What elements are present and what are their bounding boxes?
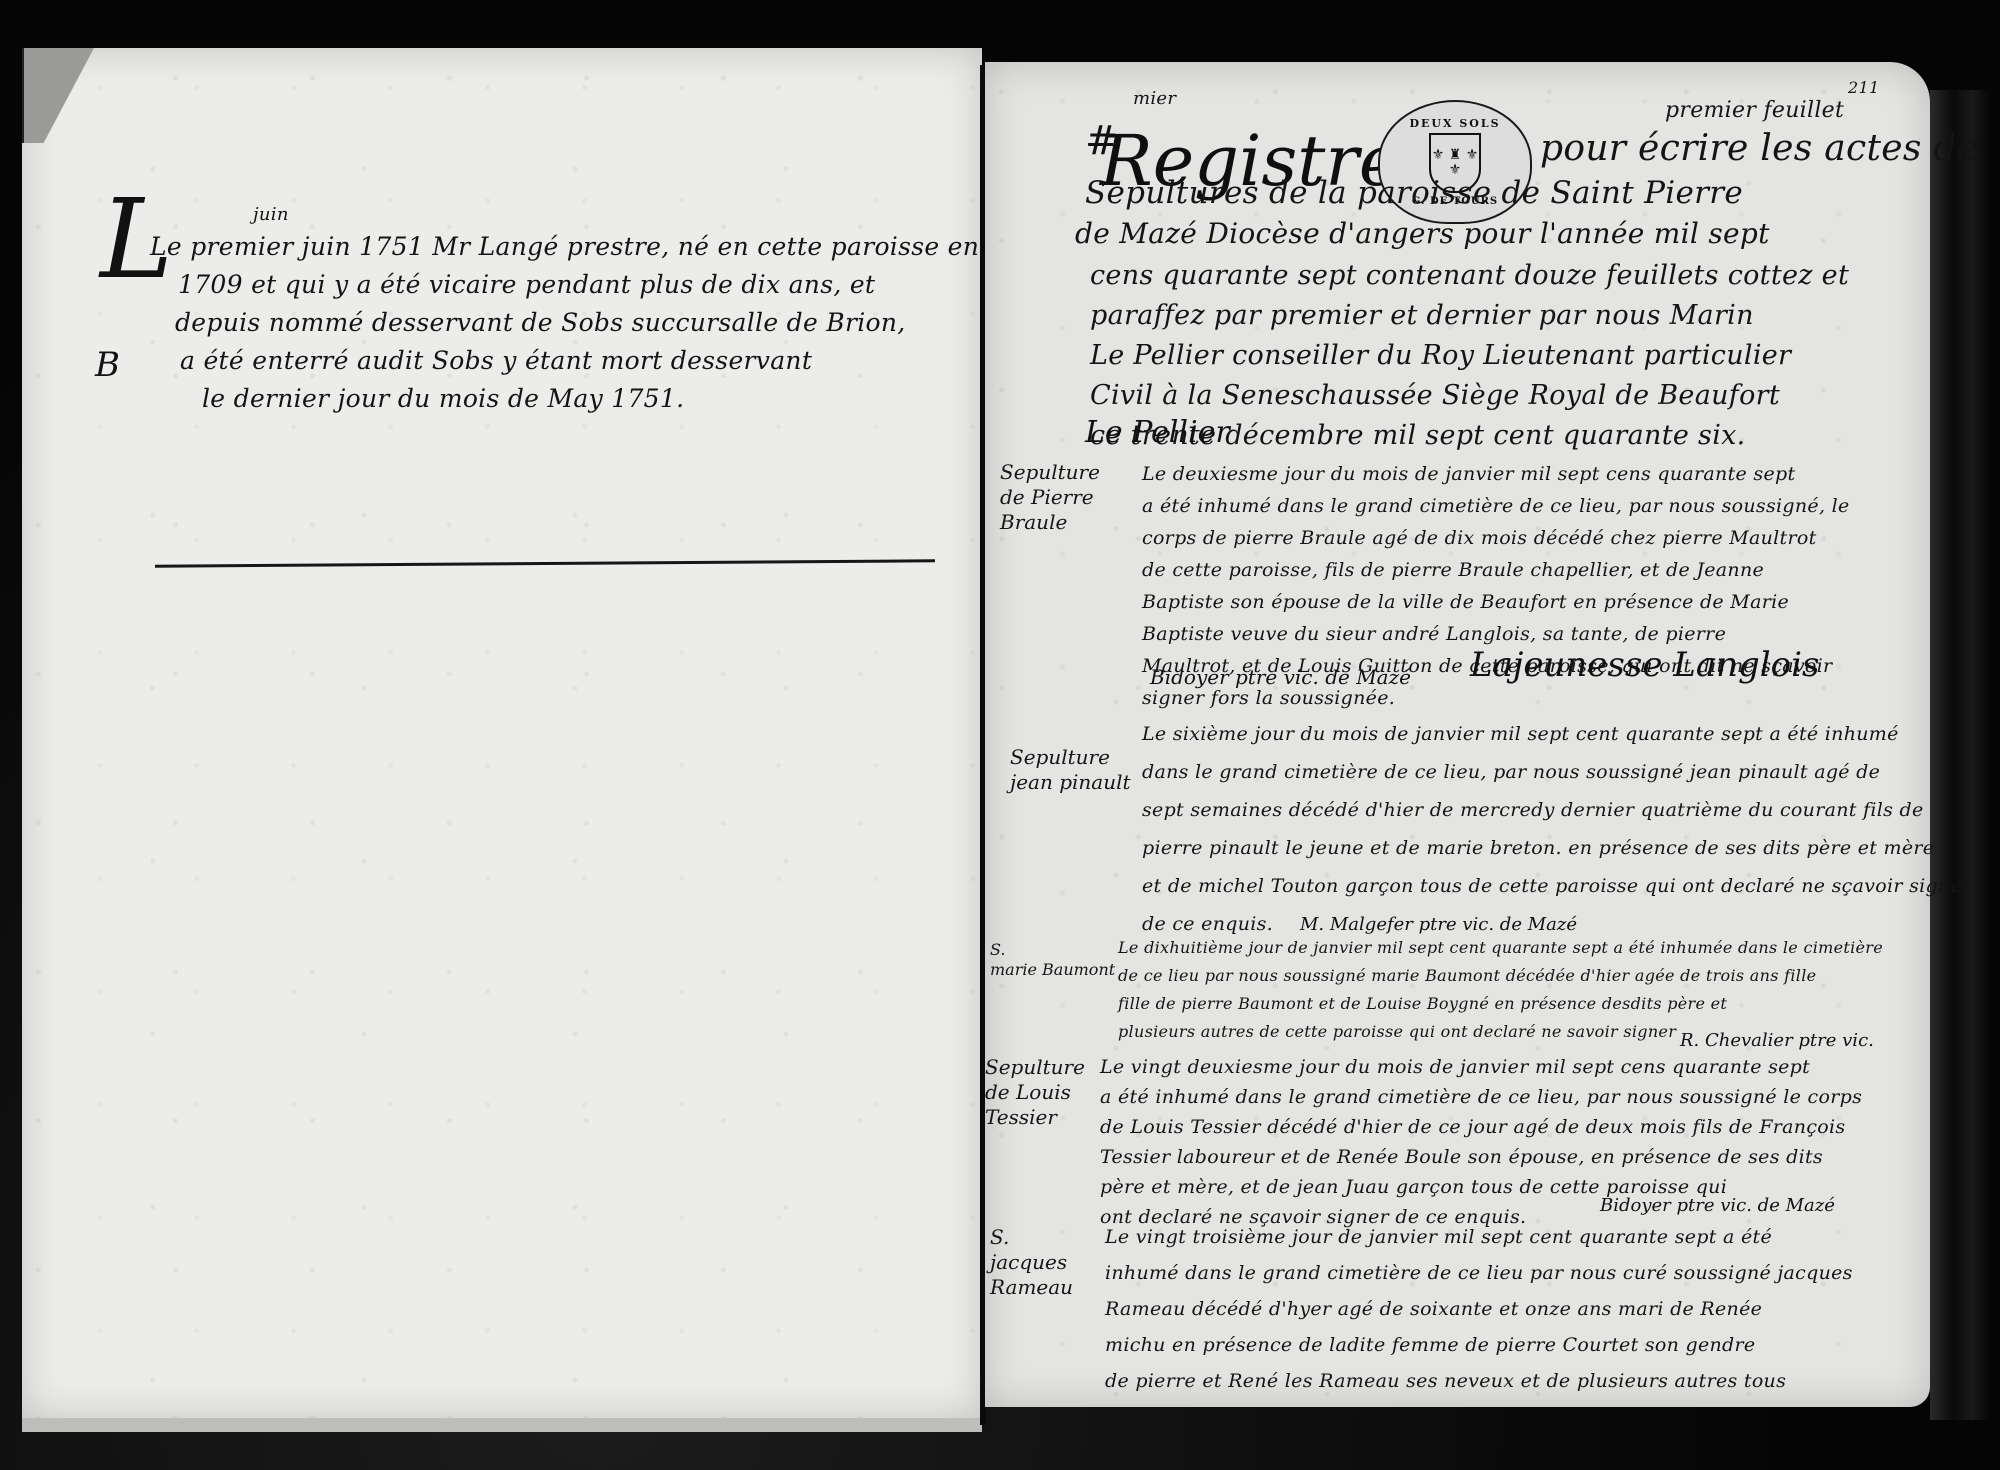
header-line: pour écrire les actes de — [1540, 128, 1978, 169]
entry-line: sept semaines décédé d'hier de mercredy … — [1142, 801, 1924, 820]
margin-note-entry-5: S. jacques Rameau — [990, 1225, 1073, 1300]
page-label: premier feuillet — [1665, 98, 1844, 123]
corner-note: mier — [1133, 88, 1176, 109]
entry-line: Le premier juin 1751 Mr Langé prestre, n… — [150, 234, 979, 259]
entry-line: le dernier jour du mois de May 1751. — [202, 386, 684, 411]
entry-line: michu en présence de ladite femme de pie… — [1105, 1336, 1755, 1355]
stamp-top-text: DEUX SOLS — [1409, 117, 1500, 130]
signature: R. Chevalier ptre vic. — [1680, 1030, 1874, 1051]
header-line: paraffez par premier et dernier par nous… — [1090, 302, 1754, 329]
entry-line: pierre pinault le jeune et de marie bret… — [1142, 839, 1934, 858]
entry-line: de Louis Tessier décédé d'hier de ce jou… — [1100, 1118, 1845, 1137]
stamp-shield-symbols: ⚜ ♜ ⚜ — [1432, 148, 1479, 163]
signature: Lajeunesse Langlois — [1470, 645, 1819, 685]
entry-line: Baptiste veuve du sieur andré Langlois, … — [1142, 625, 1726, 644]
entry-line: Le deuxiesme jour du mois de janvier mil… — [1142, 465, 1795, 484]
entry-line: ont declaré ne sçavoir signer de ce enqu… — [1100, 1208, 1526, 1227]
entry-line: 1709 et qui y a été vicaire pendant plus… — [178, 272, 875, 297]
folio-number: 211 — [1848, 78, 1879, 97]
entry-line: depuis nommé desservant de Sobs succursa… — [175, 310, 906, 335]
margin-note-entry-4: Sepulture de Louis Tessier — [985, 1055, 1085, 1130]
signature: M. Malgefer ptre vic. de Mazé — [1300, 914, 1577, 935]
entry-line: de cette paroisse, fils de pierre Braule… — [1142, 561, 1764, 580]
header-line: Le Pellier conseiller du Roy Lieutenant … — [1090, 342, 1791, 369]
entry-line: Tessier laboureur et de Renée Boule son … — [1100, 1148, 1823, 1167]
signature: Bidoyer ptre vic. de Mazé — [1600, 1195, 1835, 1216]
entry-line: et de michel Touton garçon tous de cette… — [1142, 877, 1971, 896]
entry-line: Le dixhuitième jour de janvier mil sept … — [1118, 940, 1883, 956]
left-page-entry: Le premier juin 1751 Mr Langé prestre, n… — [150, 220, 930, 420]
entry-line: plusieurs autres de cette paroisse qui o… — [1118, 1024, 1676, 1040]
entry-line: de ce enquis. — [1142, 915, 1273, 934]
entry-line: corps de pierre Braule agé de dix mois d… — [1142, 529, 1817, 548]
signature: Bidoyer ptre vic. de Mazé — [1150, 665, 1411, 689]
header-line: cens quarante sept contenant douze feuil… — [1090, 262, 1849, 289]
entry-line: a été inhumé dans le grand cimetière de … — [1100, 1088, 1862, 1107]
header-signature: Le Pellier — [1085, 415, 1230, 450]
entry-line: a été enterré audit Sobs y étant mort de… — [180, 348, 812, 373]
margin-note-entry-1: Sepulture de Pierre Braule — [1000, 460, 1100, 535]
entry-line: Le sixième jour du mois de janvier mil s… — [1142, 725, 1899, 744]
entry-line: de ce lieu par nous soussigné marie Baum… — [1118, 968, 1816, 984]
entry-line: fille de pierre Baumont et de Louise Boy… — [1118, 996, 1727, 1012]
entry-line: de pierre et René les Rameau ses neveux … — [1105, 1372, 1786, 1391]
entry-line: signer fors la soussignée. — [1142, 689, 1395, 708]
entry-line: Rameau décédé d'hyer agé de soixante et … — [1105, 1300, 1762, 1319]
margin-note-entry-3: S. marie Baumont — [990, 940, 1115, 980]
entry-line: inhumé dans le grand cimetière de ce lie… — [1105, 1264, 1853, 1283]
header-line: Sepultures de la paroisse de Saint Pierr… — [1085, 178, 1743, 209]
entry-line: Baptiste son épouse de la ville de Beauf… — [1142, 593, 1789, 612]
entry-line: Le vingt deuxiesme jour du mois de janvi… — [1100, 1058, 1810, 1077]
entry-line: Le vingt troisième jour de janvier mil s… — [1105, 1228, 1772, 1247]
entry-line: a été inhumé dans le grand cimetière de … — [1142, 497, 1850, 516]
margin-mark: B — [95, 345, 120, 385]
entry-line: dans le grand cimetière de ce lieu, par … — [1142, 763, 1880, 782]
header-line: de Mazé Diocèse d'angers pour l'année mi… — [1075, 220, 1770, 248]
header-line: Civil à la Seneschaussée Siège Royal de … — [1090, 382, 1780, 409]
page-edge-stack — [1930, 90, 1990, 1420]
margin-note-entry-2: Sepulture jean pinault — [1010, 745, 1131, 795]
